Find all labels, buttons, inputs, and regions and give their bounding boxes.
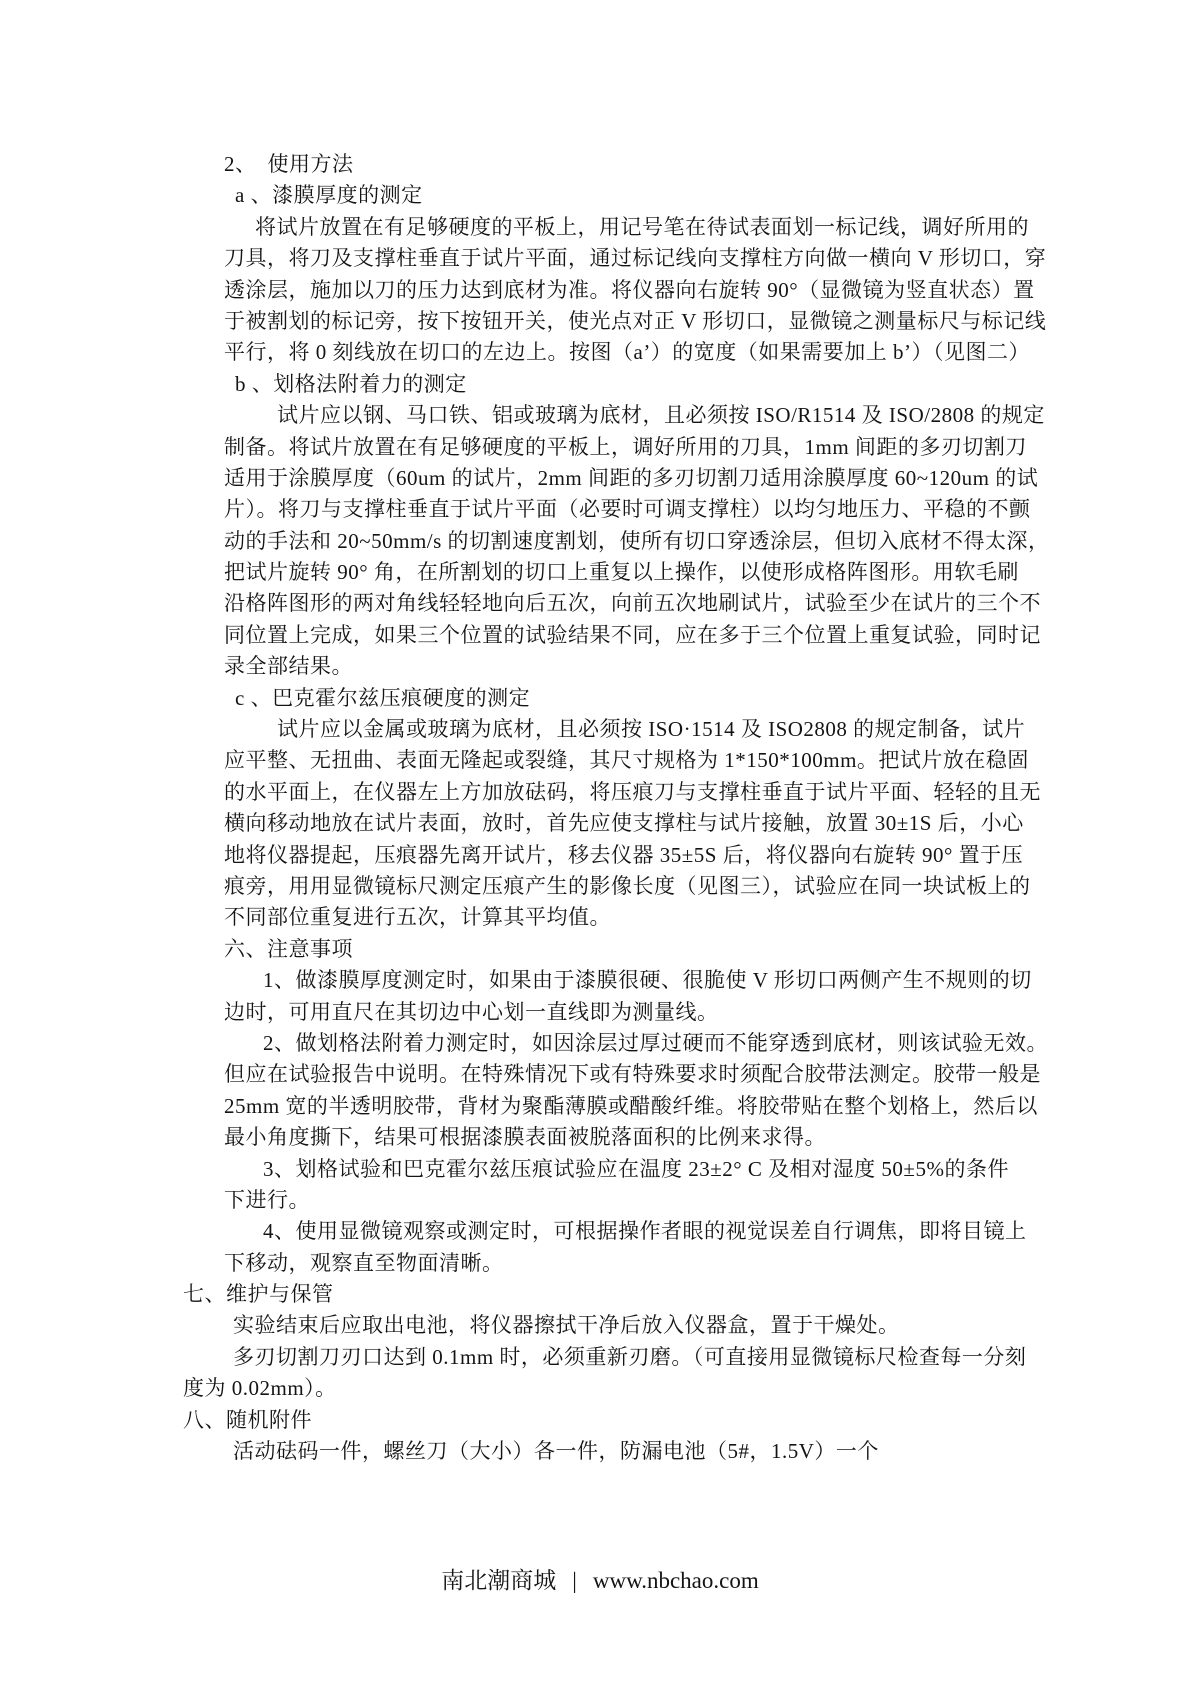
doc-line: 动的手法和 20~50mm/s 的切割速度割划，使所有切口穿透涂层，但切入底材不…	[224, 526, 1200, 557]
doc-line: 4、使用显微镜观察或测定时，可根据操作者眼的视觉误差自行调焦，即将目镜上	[224, 1216, 1200, 1247]
doc-line: 度为 0.02mm）。	[183, 1373, 1200, 1404]
footer-site-name: 南北潮商城	[441, 1568, 556, 1593]
doc-line: 不同部位重复进行五次，计算其平均值。	[224, 902, 1200, 933]
doc-line: 2、 使用方法	[224, 149, 1200, 180]
doc-line: 录全部结果。	[224, 651, 1200, 682]
doc-line: 横向移动地放在试片表面，放时，首先应使支撑柱与试片接触，放置 30±1S 后，小…	[224, 808, 1200, 839]
doc-line: 平行，将 0 刻线放在切口的左边上。按图（a’）的宽度（如果需要加上 b’）（见…	[224, 337, 1200, 368]
document-body: 2、 使用方法a 、漆膜厚度的测定将试片放置在有足够硬度的平板上，用记号笔在待试…	[0, 0, 1200, 1467]
footer-separator: |	[572, 1568, 577, 1593]
document-page: 2、 使用方法a 、漆膜厚度的测定将试片放置在有足够硬度的平板上，用记号笔在待试…	[0, 0, 1200, 1697]
footer: 南北潮商城|www.nbchao.com	[0, 1566, 1200, 1596]
doc-line: 片）。将刀与支撑柱垂直于试片平面（必要时可调支撑柱）以均匀地压力、平稳的不颤	[224, 494, 1200, 525]
doc-line: 七、维护与保管	[183, 1279, 1200, 1310]
doc-line: 适用于涂膜厚度（60um 的试片，2mm 间距的多刃切割刀适用涂膜厚度 60~1…	[224, 463, 1200, 494]
doc-line: 同位置上完成，如果三个位置的试验结果不同，应在多于三个位置上重复试验，同时记	[224, 620, 1200, 651]
doc-line: c 、巴克霍尔兹压痕硬度的测定	[235, 683, 1200, 714]
doc-line: 下进行。	[224, 1185, 1200, 1216]
doc-line: 活动砝码一件，螺丝刀（大小）各一件，防漏电池（5#，1.5V）一个	[183, 1436, 1200, 1467]
doc-line: 25mm 宽的半透明胶带，背材为聚酯薄膜或醋酸纤维。将胶带贴在整个划格上，然后以	[224, 1091, 1200, 1122]
doc-line: 下移动，观察直至物面清晰。	[224, 1248, 1200, 1279]
doc-line: 边时，可用直尺在其切边中心划一直线即为测量线。	[224, 997, 1200, 1028]
doc-line: 地将仪器提起，压痕器先离开试片，移去仪器 35±5S 后，将仪器向右旋转 90°…	[224, 840, 1200, 871]
doc-line: 八、随机附件	[183, 1405, 1200, 1436]
doc-line: b 、划格法附着力的测定	[235, 369, 1200, 400]
doc-line: 最小角度撕下，结果可根据漆膜表面被脱落面积的比例来求得。	[224, 1122, 1200, 1153]
doc-line: a 、漆膜厚度的测定	[235, 180, 1200, 211]
doc-line: 痕旁，用用显微镜标尺测定压痕产生的影像长度（见图三），试验应在同一块试板上的	[224, 871, 1200, 902]
doc-line: 多刃切割刀刃口达到 0.1mm 时，必须重新刃磨。（可直接用显微镜标尺检查每一分…	[183, 1342, 1200, 1373]
doc-line: 1、做漆膜厚度测定时，如果由于漆膜很硬、很脆使 V 形切口两侧产生不规则的切	[224, 965, 1200, 996]
doc-line: 将试片放置在有足够硬度的平板上，用记号笔在待试表面划一标记线，调好所用的	[224, 212, 1200, 243]
doc-line: 但应在试验报告中说明。在特殊情况下或有特殊要求时须配合胶带法测定。胶带一般是	[224, 1059, 1200, 1090]
doc-line: 于被割划的标记旁，按下按钮开关，使光点对正 V 形切口，显微镜之测量标尺与标记线	[224, 306, 1200, 337]
doc-line: 的水平面上，在仪器左上方加放砝码，将压痕刀与支撑柱垂直于试片平面、轻轻的且无	[224, 777, 1200, 808]
doc-line: 应平整、无扭曲、表面无隆起或裂缝，其尺寸规格为 1*150*100mm。把试片放…	[224, 745, 1200, 776]
doc-line: 六、注意事项	[224, 934, 1200, 965]
doc-line: 把试片旋转 90° 角，在所割划的切口上重复以上操作，以使形成格阵图形。用软毛刷	[224, 557, 1200, 588]
doc-line: 透涂层，施加以刀的压力达到底材为准。将仪器向右旋转 90°（显微镜为竖直状态）置	[224, 275, 1200, 306]
doc-line: 3、划格试验和巴克霍尔兹压痕试验应在温度 23±2° C 及相对湿度 50±5%…	[224, 1154, 1200, 1185]
doc-line: 刀具，将刀及支撑柱垂直于试片平面，通过标记线向支撑柱方向做一横向 V 形切口，穿	[224, 243, 1200, 274]
doc-line: 沿格阵图形的两对角线轻轻地向后五次，向前五次地刷试片，试验至少在试片的三个不	[224, 588, 1200, 619]
doc-line: 试片应以钢、马口铁、铝或玻璃为底材，且必须按 ISO/R1514 及 ISO/2…	[224, 400, 1200, 431]
doc-line: 实验结束后应取出电池，将仪器擦拭干净后放入仪器盒，置于干燥处。	[183, 1310, 1200, 1341]
footer-url: www.nbchao.com	[593, 1568, 759, 1593]
doc-line: 制备。将试片放置在有足够硬度的平板上，调好所用的刀具，1mm 间距的多刃切割刀	[224, 432, 1200, 463]
doc-line: 试片应以金属或玻璃为底材，且必须按 ISO·1514 及 ISO2808 的规定…	[224, 714, 1200, 745]
doc-line: 2、做划格法附着力测定时，如因涂层过厚过硬而不能穿透到底材，则该试验无效。	[224, 1028, 1200, 1059]
